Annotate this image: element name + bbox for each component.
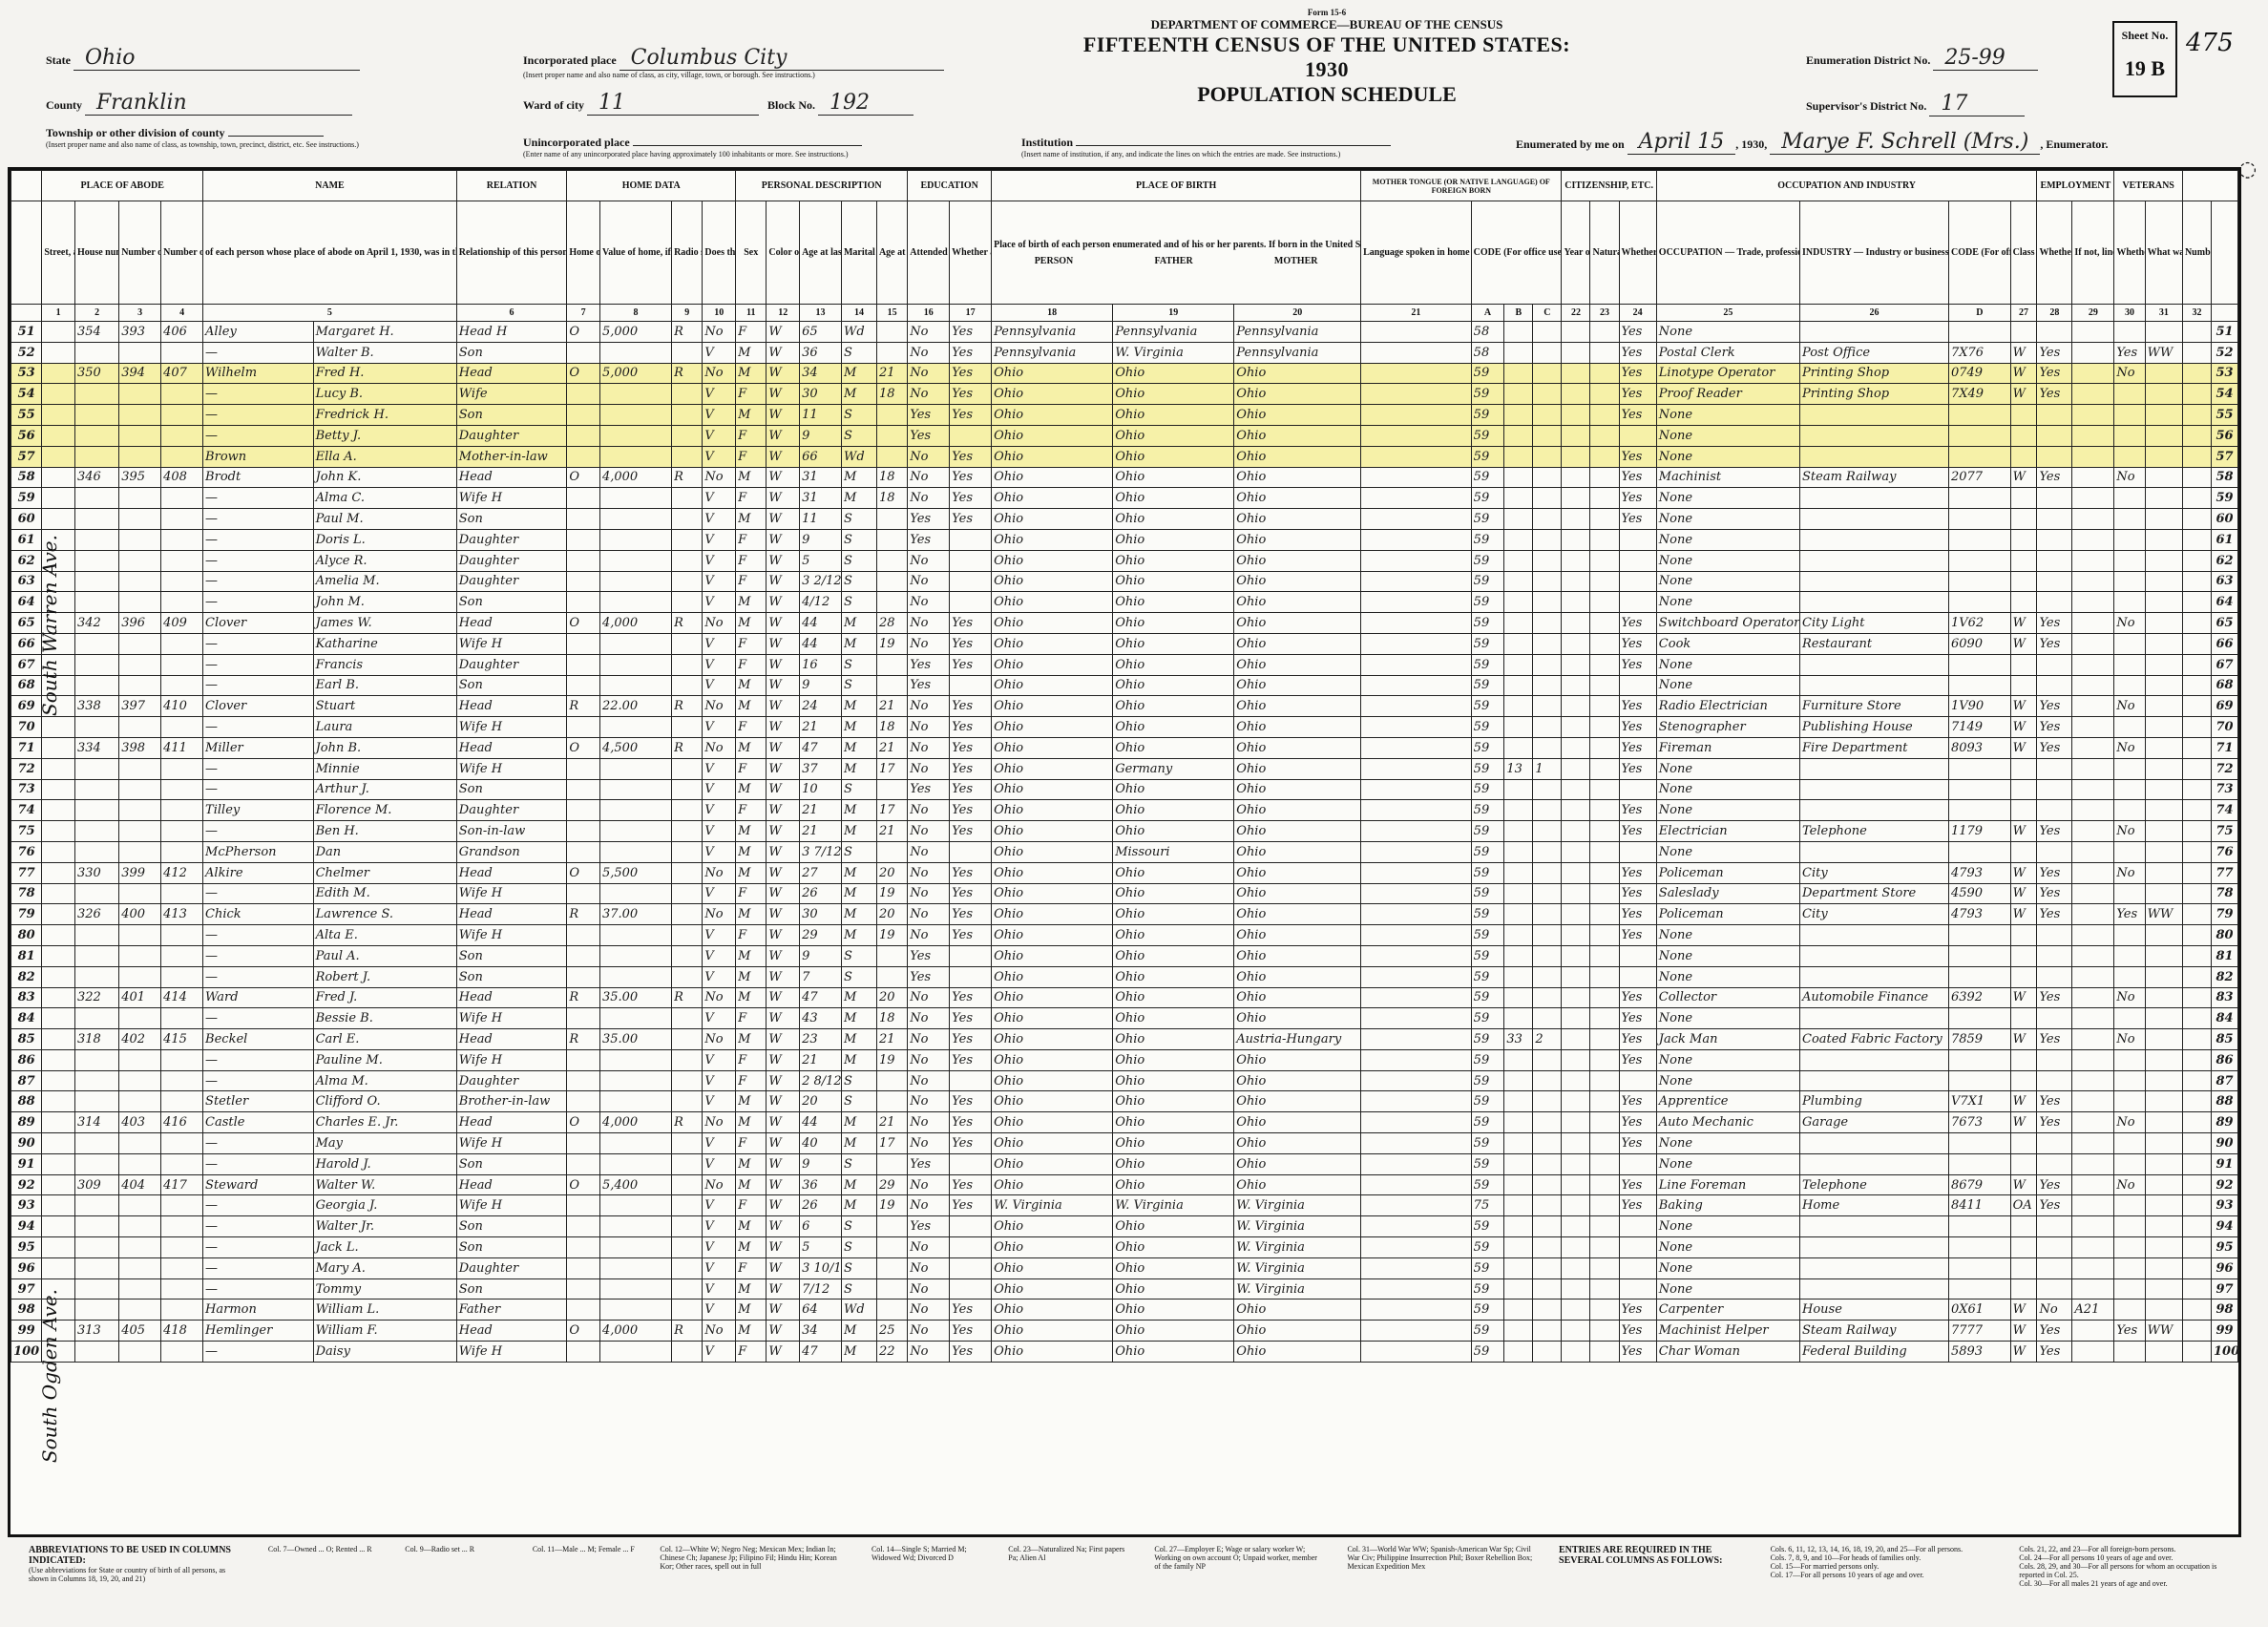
cell-mother: Ohio	[1234, 1174, 1361, 1195]
line-number: 99	[11, 1321, 42, 1342]
cell-owned	[567, 384, 600, 405]
cell-code-b	[1504, 1049, 1533, 1070]
cell-language	[1361, 841, 1472, 862]
cell-surname: —	[203, 1049, 314, 1070]
cell-dwelling: 395	[119, 467, 161, 488]
cell-industry: Printing Shop	[1800, 363, 1949, 384]
cell-age: 5	[800, 1237, 842, 1258]
cell-immigration	[1562, 1070, 1590, 1091]
cell-class	[2010, 1070, 2037, 1091]
cell-occupation: None	[1656, 1070, 1799, 1091]
line-number: 75	[11, 821, 42, 842]
cell-code-a: 59	[1471, 363, 1504, 384]
cell-relation: Daughter	[456, 1257, 567, 1278]
cell-mother: Ohio	[1234, 841, 1361, 862]
cell-read	[950, 571, 992, 592]
cell-code-c	[1533, 633, 1562, 654]
cell-read: Yes	[950, 322, 992, 343]
cell-value	[599, 821, 671, 842]
cell-veteran: No	[2114, 737, 2145, 758]
cell-occ-code: 0749	[1948, 363, 2010, 384]
cell-code-a: 59	[1471, 1008, 1504, 1029]
cell-family	[161, 925, 203, 946]
cell-race: W	[766, 841, 800, 862]
line-number-right: 87	[2211, 1070, 2237, 1091]
cell-class	[2010, 1237, 2037, 1258]
cell-code-a: 59	[1471, 1174, 1504, 1195]
cell-farm: V	[703, 571, 736, 592]
cell-veteran: No	[2114, 1112, 2145, 1133]
cell-owned	[567, 779, 600, 800]
cell-age: 9	[800, 425, 842, 446]
table-row: 65342396409CloverJames W.HeadO4,000RNoMW…	[11, 613, 2238, 634]
cell-code-a: 59	[1471, 405, 1504, 426]
cell-industry: Automobile Finance	[1800, 987, 1949, 1008]
line-number-right: 91	[2211, 1153, 2237, 1174]
cell-english: Yes	[1619, 1195, 1656, 1216]
cell-unemployment	[2072, 987, 2114, 1008]
cell-surname: Brown	[203, 446, 314, 467]
cell-farm: V	[703, 550, 736, 571]
cell-mother: Ohio	[1234, 550, 1361, 571]
cell-radio	[672, 1008, 703, 1029]
cell-relation: Son	[456, 945, 567, 966]
cell-street	[42, 737, 75, 758]
cell-unemployment	[2072, 1195, 2114, 1216]
cell-class: W	[2010, 737, 2037, 758]
cell-marital: M	[841, 904, 876, 925]
cell-person: Ohio	[992, 1257, 1113, 1278]
cell-house: 309	[75, 1174, 119, 1195]
cell-industry: Restaurant	[1800, 633, 1949, 654]
cell-house: 346	[75, 467, 119, 488]
cell-occupation: None	[1656, 1278, 1799, 1299]
cell-school: No	[908, 384, 950, 405]
cell-sex: F	[736, 883, 766, 904]
cell-radio	[672, 717, 703, 738]
cell-occupation: None	[1656, 446, 1799, 467]
cell-sex: M	[736, 945, 766, 966]
cell-radio	[672, 1278, 703, 1299]
cell-farm: No	[703, 467, 736, 488]
cell-age-marriage	[876, 1278, 907, 1299]
cell-code-a: 59	[1471, 633, 1504, 654]
cell-read	[950, 841, 992, 862]
column-number: 21	[1361, 305, 1472, 322]
cell-surname: —	[203, 1070, 314, 1091]
cell-marital: M	[841, 1321, 876, 1342]
cell-father: Missouri	[1113, 841, 1234, 862]
column-number: 20	[1234, 305, 1361, 322]
cell-language	[1361, 488, 1472, 509]
cell-farm-schedule	[2182, 405, 2211, 426]
cell-given: Betty J.	[313, 425, 456, 446]
cell-radio: R	[672, 987, 703, 1008]
cell-unemployment	[2072, 841, 2114, 862]
cell-war	[2145, 425, 2182, 446]
cell-immigration	[1562, 779, 1590, 800]
cell-farm-schedule	[2182, 800, 2211, 821]
cell-marital: S	[841, 509, 876, 530]
table-row: 83322401414WardFred J.HeadR35.00RNoMW47M…	[11, 987, 2238, 1008]
line-number-right: 71	[2211, 737, 2237, 758]
line-number: 63	[11, 571, 42, 592]
cell-surname: —	[203, 779, 314, 800]
cell-person: Ohio	[992, 1133, 1113, 1154]
cell-person: Ohio	[992, 1278, 1113, 1299]
cell-class	[2010, 1257, 2037, 1278]
cell-school: No	[908, 1195, 950, 1216]
cell-relation: Wife H	[456, 717, 567, 738]
cell-english: Yes	[1619, 654, 1656, 675]
cell-house	[75, 800, 119, 821]
cell-surname: —	[203, 945, 314, 966]
cell-relation: Head H	[456, 322, 567, 343]
cell-marital: S	[841, 405, 876, 426]
cell-farm-schedule	[2182, 1174, 2211, 1195]
cell-english	[1619, 1237, 1656, 1258]
cell-occupation: Postal Clerk	[1656, 342, 1799, 363]
cell-house	[75, 1299, 119, 1321]
cell-naturalization	[1590, 1195, 1619, 1216]
cell-occ-code	[1948, 1153, 2010, 1174]
cell-english: Yes	[1619, 1112, 1656, 1133]
cell-street	[42, 883, 75, 904]
column-number: 18	[992, 305, 1113, 322]
line-number-right: 89	[2211, 1112, 2237, 1133]
cell-father: Ohio	[1113, 1029, 1234, 1050]
cell-value	[599, 925, 671, 946]
cell-race: W	[766, 779, 800, 800]
cell-family	[161, 592, 203, 613]
cell-given: William L.	[313, 1299, 456, 1321]
cell-farm-schedule	[2182, 1342, 2211, 1363]
cell-dwelling	[119, 945, 161, 966]
cell-age-marriage: 18	[876, 467, 907, 488]
cell-person: W. Virginia	[992, 1195, 1113, 1216]
cell-age-marriage: 18	[876, 384, 907, 405]
cell-code-c	[1533, 862, 1562, 883]
cell-radio	[672, 654, 703, 675]
table-row: 51354393406AlleyMargaret H.Head HO5,000R…	[11, 322, 2238, 343]
cell-owned	[567, 1299, 600, 1321]
cell-mother: Ohio	[1234, 592, 1361, 613]
cell-industry: Steam Railway	[1800, 1321, 1949, 1342]
cell-owned: O	[567, 322, 600, 343]
cell-mother: Ohio	[1234, 1091, 1361, 1112]
cell-employed	[2037, 1070, 2072, 1091]
cell-english	[1619, 550, 1656, 571]
cell-employed	[2037, 1257, 2072, 1278]
cell-sex: F	[736, 633, 766, 654]
cell-mother: Ohio	[1234, 1321, 1361, 1342]
census-title: FIFTEENTH CENSUS OF THE UNITED STATES: 1…	[1060, 32, 1594, 82]
cell-given: Ella A.	[313, 446, 456, 467]
cell-sex: F	[736, 1133, 766, 1154]
column-number: 24	[1619, 305, 1656, 322]
cell-unemployment	[2072, 821, 2114, 842]
cell-family	[161, 405, 203, 426]
group-name: NAME	[203, 171, 457, 201]
cell-house: 354	[75, 322, 119, 343]
cell-family	[161, 384, 203, 405]
cell-marital: S	[841, 592, 876, 613]
cell-farm-schedule	[2182, 696, 2211, 717]
cell-veteran: No	[2114, 1174, 2145, 1195]
cell-value: 35.00	[599, 987, 671, 1008]
cell-war	[2145, 613, 2182, 634]
cell-code-b	[1504, 1008, 1533, 1029]
cell-surname: —	[203, 425, 314, 446]
column-number	[2211, 305, 2237, 322]
cell-house	[75, 883, 119, 904]
cell-surname: Alley	[203, 322, 314, 343]
cell-value	[599, 1070, 671, 1091]
cell-value	[599, 654, 671, 675]
cell-code-c	[1533, 987, 1562, 1008]
cell-english: Yes	[1619, 717, 1656, 738]
cell-sex: F	[736, 488, 766, 509]
cell-house	[75, 1049, 119, 1070]
cell-industry	[1800, 800, 1949, 821]
cell-marital: M	[841, 467, 876, 488]
cell-sex: M	[736, 821, 766, 842]
cell-marital: S	[841, 654, 876, 675]
cell-radio	[672, 1070, 703, 1091]
cell-language	[1361, 1278, 1472, 1299]
cell-relation: Son	[456, 405, 567, 426]
cell-radio: R	[672, 467, 703, 488]
cell-veteran	[2114, 1091, 2145, 1112]
cell-value	[599, 717, 671, 738]
cell-age-marriage: 25	[876, 1321, 907, 1342]
cell-farm-schedule	[2182, 342, 2211, 363]
cell-employed	[2037, 966, 2072, 987]
cell-code-c	[1533, 425, 1562, 446]
line-number-right: 58	[2211, 467, 2237, 488]
cell-surname: Castle	[203, 1112, 314, 1133]
cell-veteran	[2114, 405, 2145, 426]
cell-race: W	[766, 613, 800, 634]
cell-employed	[2037, 488, 2072, 509]
cell-surname: —	[203, 675, 314, 696]
line-number: 88	[11, 1091, 42, 1112]
table-row: 63—Amelia M.DaughterVFW3 2/12SNoOhioOhio…	[11, 571, 2238, 592]
cell-farm: V	[703, 758, 736, 779]
cell-race: W	[766, 800, 800, 821]
cell-school: No	[908, 571, 950, 592]
cell-farm: V	[703, 1278, 736, 1299]
cell-surname: —	[203, 342, 314, 363]
table-row: 77330399412AlkireChelmerHeadO5,500NoMW27…	[11, 862, 2238, 883]
line-number: 61	[11, 529, 42, 550]
cell-age-marriage: 17	[876, 758, 907, 779]
cell-age: 21	[800, 800, 842, 821]
cell-english: Yes	[1619, 1029, 1656, 1050]
cell-naturalization	[1590, 509, 1619, 530]
line-number: 80	[11, 925, 42, 946]
cell-family: 414	[161, 987, 203, 1008]
cell-code-b	[1504, 862, 1533, 883]
cell-value	[599, 384, 671, 405]
table-row: 57BrownElla A.Mother-in-lawVFW66WdNoYesO…	[11, 446, 2238, 467]
street-label: South Warren Ave.	[38, 535, 61, 716]
block-value: 192	[818, 91, 913, 116]
cell-mother: Ohio	[1234, 571, 1361, 592]
cell-veteran: No	[2114, 363, 2145, 384]
cell-sex: M	[736, 1299, 766, 1321]
cell-read: Yes	[950, 696, 992, 717]
cell-person: Ohio	[992, 613, 1113, 634]
cell-owned	[567, 1153, 600, 1174]
cell-marital: S	[841, 342, 876, 363]
cell-farm: V	[703, 488, 736, 509]
cell-age-marriage	[876, 654, 907, 675]
cell-veteran	[2114, 717, 2145, 738]
cell-race: W	[766, 363, 800, 384]
line-number-right: 62	[2211, 550, 2237, 571]
cell-occ-code: 8411	[1948, 1195, 2010, 1216]
cell-code-a: 59	[1471, 779, 1504, 800]
cell-father: Ohio	[1113, 1257, 1234, 1278]
line-number: 82	[11, 966, 42, 987]
cell-code-c	[1533, 966, 1562, 987]
cell-marital: S	[841, 571, 876, 592]
cell-age: 47	[800, 987, 842, 1008]
cell-marital: M	[841, 633, 876, 654]
cell-naturalization	[1590, 467, 1619, 488]
cell-race: W	[766, 717, 800, 738]
cell-english: Yes	[1619, 904, 1656, 925]
cell-unemployment	[2072, 1278, 2114, 1299]
table-row: 54—Lucy B.WifeVFW30M18NoYesOhioOhioOhio5…	[11, 384, 2238, 405]
cell-occ-code	[1948, 1070, 2010, 1091]
cell-age: 11	[800, 405, 842, 426]
cell-occ-code: 1179	[1948, 821, 2010, 842]
line-number: 97	[11, 1278, 42, 1299]
cell-language	[1361, 1008, 1472, 1029]
cell-code-a: 58	[1471, 342, 1504, 363]
cell-industry: Telephone	[1800, 821, 1949, 842]
cell-value: 5,500	[599, 862, 671, 883]
cell-family: 409	[161, 613, 203, 634]
cell-owned: O	[567, 467, 600, 488]
cell-class	[2010, 1216, 2037, 1237]
cell-code-a: 59	[1471, 550, 1504, 571]
cell-marital: M	[841, 1112, 876, 1133]
cell-radio: R	[672, 696, 703, 717]
cell-school: Yes	[908, 945, 950, 966]
cell-english: Yes	[1619, 821, 1656, 842]
cell-class	[2010, 446, 2037, 467]
cell-war	[2145, 654, 2182, 675]
cell-relation: Head	[456, 1029, 567, 1050]
cell-owned	[567, 925, 600, 946]
cell-age: 9	[800, 675, 842, 696]
cell-naturalization	[1590, 488, 1619, 509]
cell-immigration	[1562, 654, 1590, 675]
cell-farm: No	[703, 737, 736, 758]
cell-father: Ohio	[1113, 925, 1234, 946]
cell-occupation: Carpenter	[1656, 1299, 1799, 1321]
cell-farm: V	[703, 1153, 736, 1174]
county-field: County Franklin	[46, 91, 352, 116]
cell-family	[161, 1299, 203, 1321]
cell-veteran	[2114, 529, 2145, 550]
cell-person: Ohio	[992, 1237, 1113, 1258]
cell-street	[42, 1237, 75, 1258]
cell-owned: R	[567, 1029, 600, 1050]
cell-code-b	[1504, 1257, 1533, 1278]
line-number-right: 77	[2211, 862, 2237, 883]
cell-code-b	[1504, 1112, 1533, 1133]
cell-war	[2145, 821, 2182, 842]
cell-employed	[2037, 529, 2072, 550]
table-row: 68—Earl B.SonVMW9SYesOhioOhioOhio59None6…	[11, 675, 2238, 696]
cell-race: W	[766, 758, 800, 779]
cell-immigration	[1562, 509, 1590, 530]
cell-code-a: 59	[1471, 1112, 1504, 1133]
cell-code-a: 59	[1471, 613, 1504, 634]
cell-class: W	[2010, 1299, 2037, 1321]
cell-language	[1361, 737, 1472, 758]
table-row: 94—Walter Jr.SonVMW6SYesOhioOhioW. Virgi…	[11, 1216, 2238, 1237]
cell-code-c	[1533, 717, 1562, 738]
cell-immigration	[1562, 467, 1590, 488]
cell-age: 31	[800, 467, 842, 488]
ed-value: 25-99	[1933, 46, 2038, 71]
cell-language	[1361, 509, 1472, 530]
cell-relation: Daughter	[456, 800, 567, 821]
cell-mother: Ohio	[1234, 904, 1361, 925]
cell-read: Yes	[950, 342, 992, 363]
cell-family	[161, 966, 203, 987]
cell-language	[1361, 1342, 1472, 1363]
cell-owned	[567, 821, 600, 842]
cell-school: No	[908, 904, 950, 925]
column-number	[11, 305, 42, 322]
cell-farm-schedule	[2182, 1153, 2211, 1174]
cell-farm-schedule	[2182, 467, 2211, 488]
column-number: D	[1948, 305, 2010, 322]
cell-relation: Wife H	[456, 758, 567, 779]
cell-veteran: Yes	[2114, 342, 2145, 363]
cell-english: Yes	[1619, 384, 1656, 405]
cell-street	[42, 758, 75, 779]
cell-immigration	[1562, 363, 1590, 384]
column-number: 30	[2114, 305, 2145, 322]
cell-language	[1361, 1112, 1472, 1133]
group-place-of-abode: PLACE OF ABODE	[42, 171, 203, 201]
cell-language	[1361, 1153, 1472, 1174]
cell-industry: Fire Department	[1800, 737, 1949, 758]
cell-relation: Son	[456, 1278, 567, 1299]
cell-sex: M	[736, 862, 766, 883]
cell-language	[1361, 758, 1472, 779]
cell-father: Ohio	[1113, 1174, 1234, 1195]
cell-street	[42, 342, 75, 363]
cell-relation: Head	[456, 467, 567, 488]
cell-veteran	[2114, 1237, 2145, 1258]
line-number-right: 99	[2211, 1321, 2237, 1342]
table-row: 81—Paul A.SonVMW9SYesOhioOhioOhio59None8…	[11, 945, 2238, 966]
cell-age: 64	[800, 1299, 842, 1321]
cell-house: 313	[75, 1321, 119, 1342]
cell-person: Ohio	[992, 363, 1113, 384]
cell-industry	[1800, 446, 1949, 467]
cell-value	[599, 1216, 671, 1237]
cell-family	[161, 883, 203, 904]
